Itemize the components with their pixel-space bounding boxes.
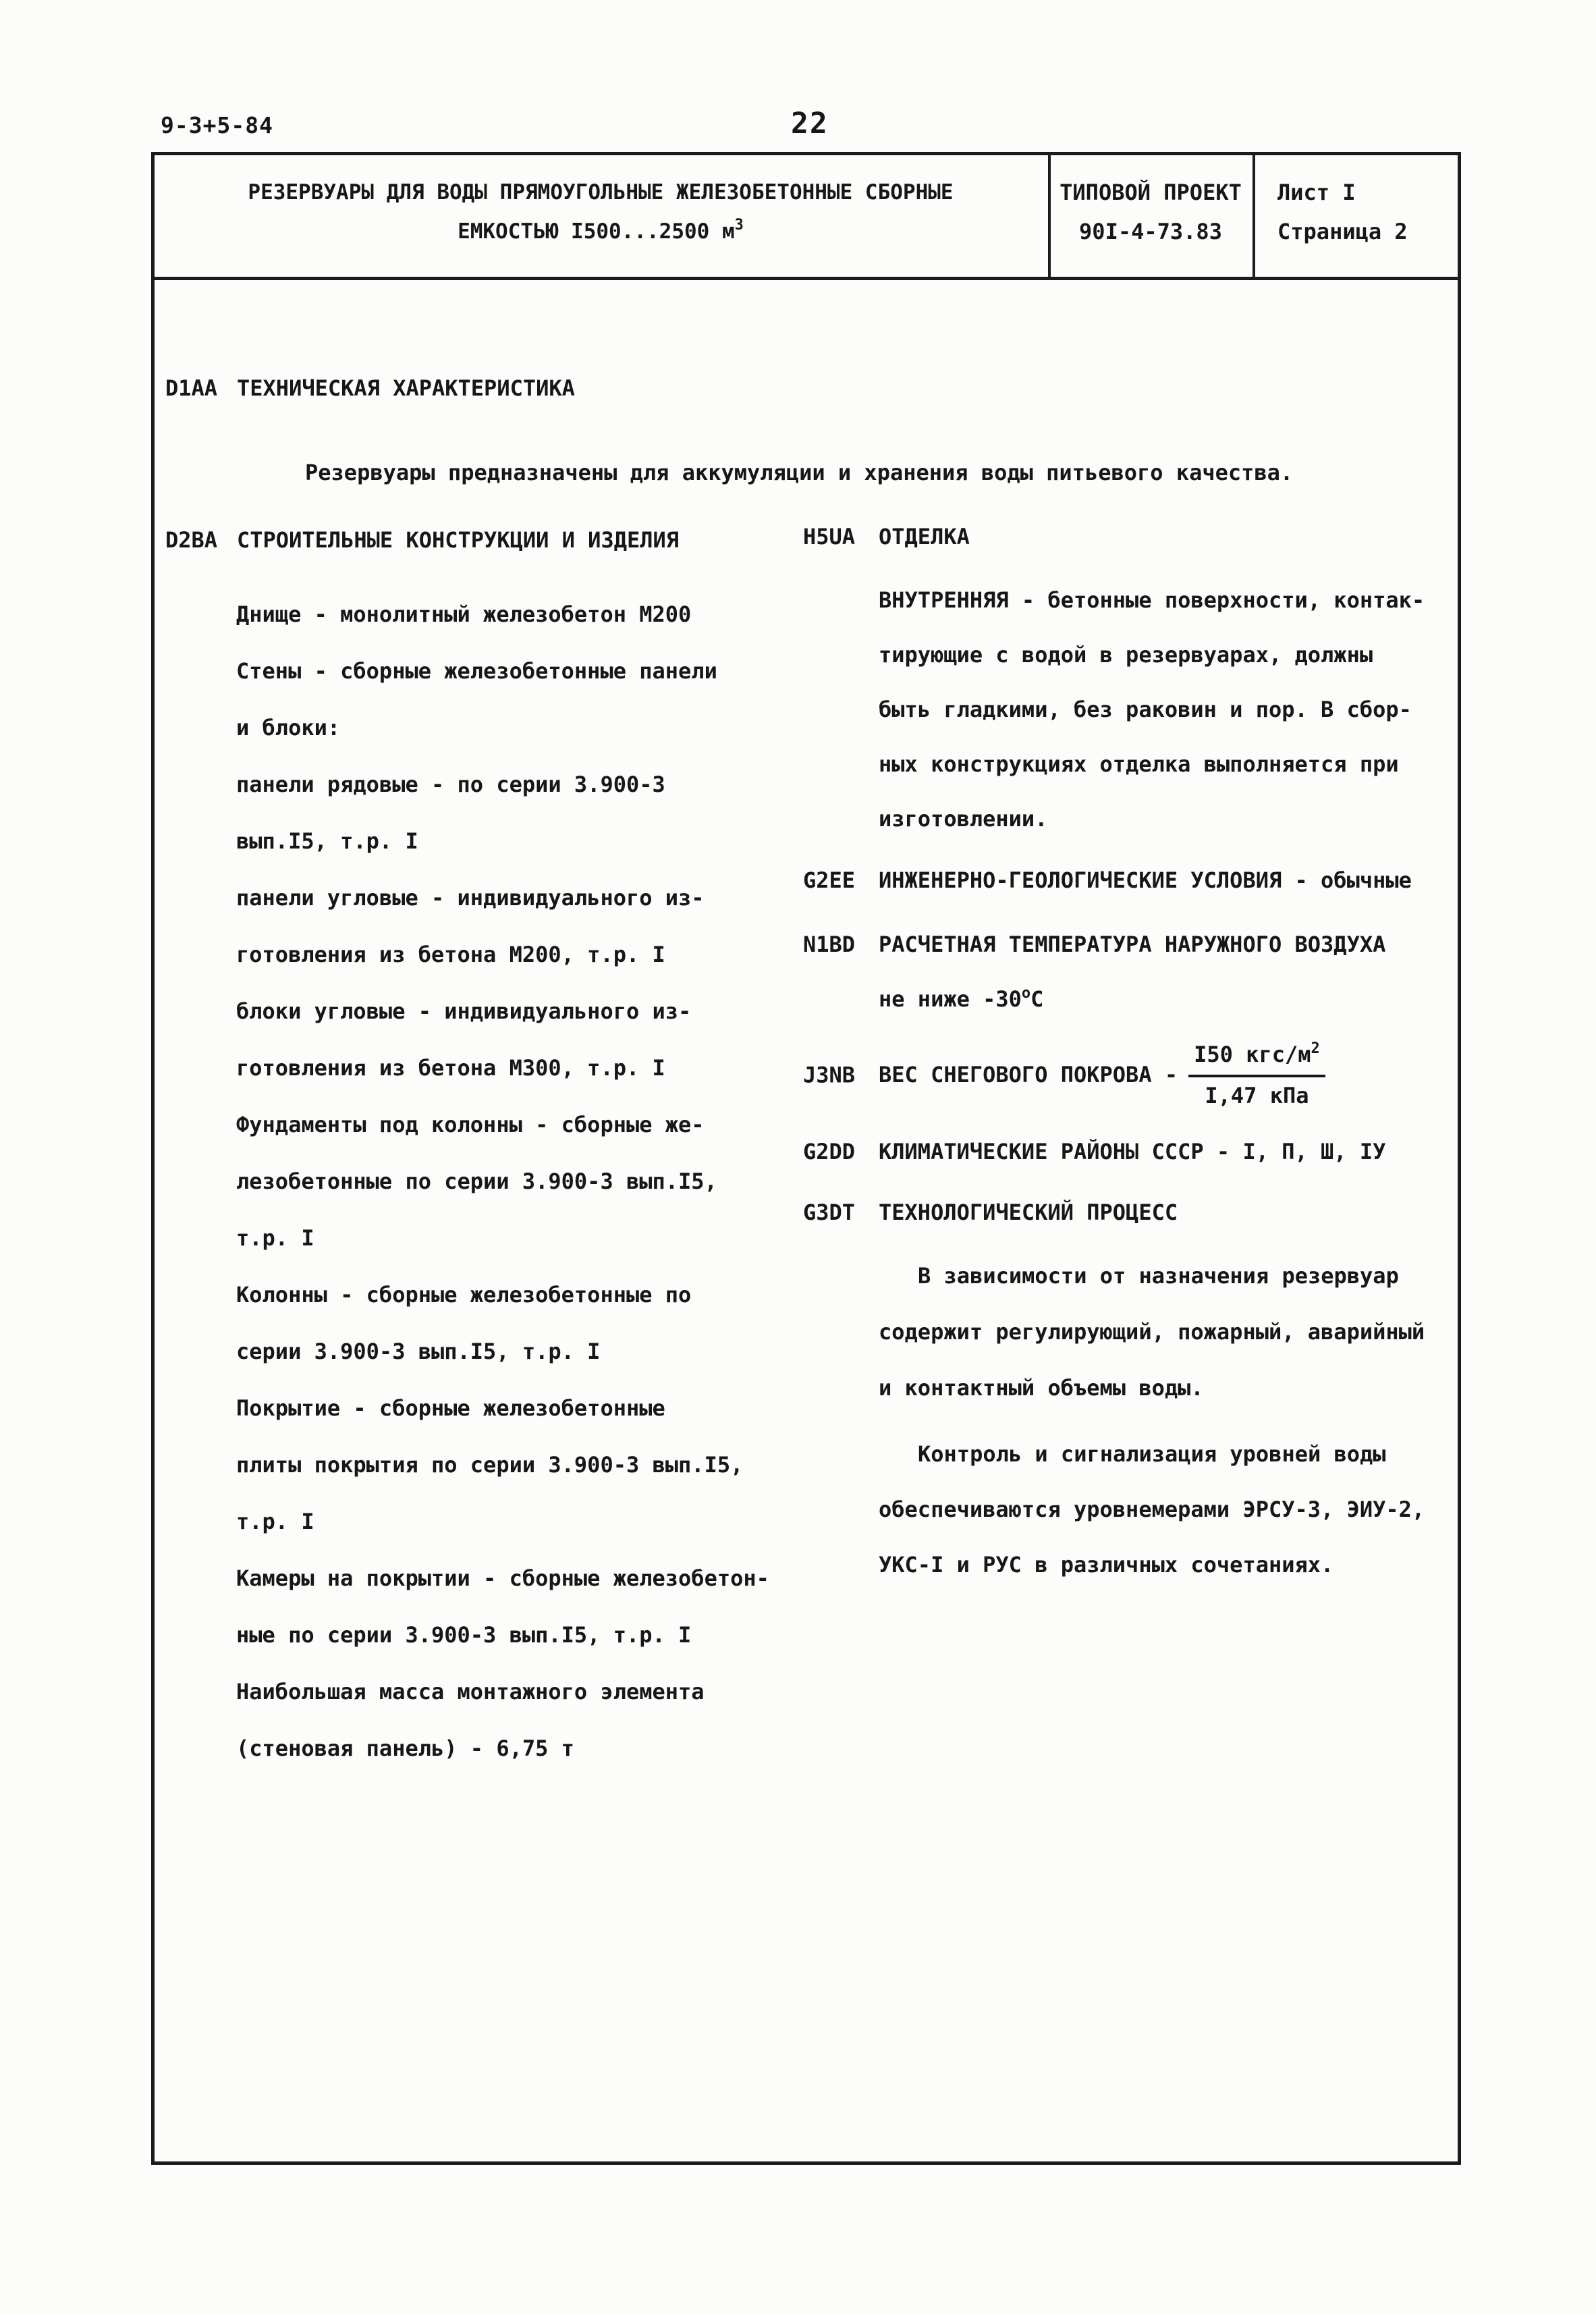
text-line: Колонны - сборные железобетонные по [236, 1266, 769, 1323]
fraction-denominator: I,47 кПа [1188, 1077, 1325, 1112]
text-line: т.р. I [236, 1493, 769, 1550]
paragraph: ВНУТРЕННЯЯ - бетонные поверхности, конта… [879, 573, 1425, 846]
text-line: Покрытие - сборные железобетонные [236, 1380, 769, 1436]
intro-paragraph: Резервуары предназначены для аккумуляции… [305, 455, 1293, 490]
text-line: Наибольшая масса монтажного элемента [236, 1663, 769, 1720]
text-line: панели рядовые - по серии 3.900-3 [236, 756, 769, 813]
section-j3nb: J3NBВЕС СНЕГОВОГО ПОКРОВА -I50 кгс/м2I,4… [879, 1038, 1325, 1112]
text-line: блоки угловые - индивидуального из- [236, 983, 769, 1040]
section-g2dd: G2DDКЛИМАТИЧЕСКИЕ РАЙОНЫ СССР - I, П, Ш,… [879, 1125, 1385, 1179]
fraction-numerator: I50 кгс/м2 [1188, 1038, 1325, 1077]
text-line: быть гладкими, без раковин и пор. В сбор… [879, 682, 1425, 737]
text-line: готовления из бетона М200, т.р. I [236, 926, 769, 983]
text-line: готовления из бетона М300, т.р. I [236, 1040, 769, 1096]
text-line: КЛИМАТИЧЕСКИЕ РАЙОНЫ СССР - I, П, Ш, IУ [879, 1125, 1385, 1179]
project-type-label: ТИПОВОЙ ПРОЕКТ [1051, 173, 1250, 212]
text-line: серии 3.900-3 вып.I5, т.р. I [236, 1323, 769, 1380]
text-line: ВНУТРЕННЯЯ - бетонные поверхности, конта… [879, 573, 1425, 628]
fraction: I50 кгс/м2I,47 кПа [1188, 1038, 1325, 1112]
title-line-1: РЕЗЕРВУАРЫ ДЛЯ ВОДЫ ПРЯМОУГОЛЬНЫЕ ЖЕЛЕЗО… [162, 173, 1039, 212]
text-line: Фундаменты под колонны - сборные же- [236, 1096, 769, 1153]
section-g2ee: G2EEИНЖЕНЕРНО-ГЕОЛОГИЧЕСКИЕ УСЛОВИЯ - об… [879, 853, 1412, 908]
text-line: лезобетонные по серии 3.900-3 вып.I5, [236, 1153, 769, 1210]
superscript: 3 [735, 217, 744, 234]
text-line: т.р. I [236, 1210, 769, 1266]
text-line: плиты покрытия по серии 3.900-3 вып.I5, [236, 1436, 769, 1493]
left-column-lines: Днище - монолитный железобетон М200Стены… [236, 586, 769, 1777]
text-line: УКС-I и РУС в различных сочетаниях. [879, 1537, 1425, 1592]
scanned-document-page: 9-3+5-84 22 РЕЗЕРВУАРЫ ДЛЯ ВОДЫ ПРЯМОУГО… [0, 0, 1596, 2314]
text-line: содержит регулирующий, пожарный, аварийн… [879, 1304, 1425, 1360]
section-g3dt: G3DTТЕХНОЛОГИЧЕСКИЙ ПРОЦЕСС [879, 1185, 1178, 1240]
text-line: не ниже -30оС [879, 972, 1385, 1029]
section-n1bd: N1BDРАСЧЕТНАЯ ТЕМПЕРАТУРА НАРУЖНОГО ВОЗД… [879, 917, 1385, 1029]
text-line: ВЕС СНЕГОВОГО ПОКРОВА - [879, 1048, 1178, 1102]
text-line: Контроль и сигнализация уровней воды [879, 1426, 1425, 1482]
section-code: J3NB [803, 1048, 855, 1102]
document-code: 9-3+5-84 [161, 112, 273, 138]
text-line: (стеновая панель) - 6,75 т [236, 1720, 769, 1777]
text-line: изготовлении. [879, 792, 1425, 846]
text-line: ных конструкциях отделка выполняется при [879, 737, 1425, 792]
section-d2ba: D2BAСТРОИТЕЛЬНЫЕ КОНСТРУКЦИИ И ИЗДЕЛИЯ [165, 522, 679, 558]
section-h5ua: H5UAОТДЕЛКА [879, 513, 970, 560]
text-line: обеспечиваются уровнемерами ЭРСУ-3, ЭИУ-… [879, 1482, 1425, 1537]
text-line: РАСЧЕТНАЯ ТЕМПЕРАТУРА НАРУЖНОГО ВОЗДУХА [879, 917, 1385, 972]
superscript: о [1022, 985, 1030, 1002]
text-line: тирующие с водой в резервуарах, должны [879, 628, 1425, 682]
sheet-stamp: Лист I Страница 2 [1277, 173, 1408, 251]
text-line: вып.I5, т.р. I [236, 813, 769, 869]
superscript: 2 [1311, 1040, 1320, 1057]
text-line: ные по серии 3.900-3 вып.I5, т.р. I [236, 1607, 769, 1663]
paragraph: В зависимости от назначения резервуарсод… [879, 1248, 1425, 1416]
snow-load-line: ВЕС СНЕГОВОГО ПОКРОВА -I50 кгс/м2I,47 кП… [879, 1038, 1325, 1112]
project-number: 90I-4-73.83 [1051, 212, 1250, 251]
text-line: панели угловые - индивидуального из- [236, 869, 769, 926]
text-line: Днище - монолитный железобетон М200 [236, 586, 769, 643]
paragraph: Контроль и сигнализация уровней водыобес… [879, 1426, 1425, 1592]
section-code: N1BD [803, 917, 855, 972]
section-d1aa: D1AAТЕХНИЧЕСКАЯ ХАРАКТЕРИСТИКА [165, 371, 575, 406]
header-bottom-rule [151, 277, 1461, 280]
section-code: D1AA [165, 371, 237, 406]
header-divider-2 [1253, 152, 1255, 280]
page-label: Страница 2 [1277, 212, 1408, 251]
section-code: G2EE [803, 853, 855, 908]
section-code: H5UA [803, 513, 855, 560]
section-heading: ОТДЕЛКА [879, 524, 970, 549]
section-code: G3DT [803, 1185, 855, 1240]
section-code: D2BA [165, 522, 237, 558]
sheet-label: Лист I [1277, 173, 1408, 212]
title-line-2: ЕМКОСТЬЮ I500...2500 м3 [162, 212, 1039, 254]
document-title: РЕЗЕРВУАРЫ ДЛЯ ВОДЫ ПРЯМОУГОЛЬНЫЕ ЖЕЛЕЗО… [162, 173, 1039, 254]
text-line: Стены - сборные железобетонные панели [236, 643, 769, 699]
project-stamp: ТИПОВОЙ ПРОЕКТ 90I-4-73.83 [1051, 173, 1250, 251]
section-heading: СТРОИТЕЛЬНЫЕ КОНСТРУКЦИИ И ИЗДЕЛИЯ [237, 527, 679, 553]
page-number: 22 [791, 107, 829, 140]
title-line-2-text: ЕМКОСТЬЮ I500...2500 м [458, 219, 735, 244]
section-heading: ТЕХНИЧЕСКАЯ ХАРАКТЕРИСТИКА [237, 375, 575, 401]
text-line: Камеры на покрытии - сборные железобетон… [236, 1550, 769, 1607]
text-line: и блоки: [236, 699, 769, 756]
text-line: ИНЖЕНЕРНО-ГЕОЛОГИЧЕСКИЕ УСЛОВИЯ - обычны… [879, 853, 1412, 908]
text-line: ТЕХНОЛОГИЧЕСКИЙ ПРОЦЕСС [879, 1185, 1178, 1240]
text-line: и контактный объемы воды. [879, 1360, 1425, 1416]
section-code: G2DD [803, 1125, 855, 1179]
text-line: В зависимости от назначения резервуар [879, 1248, 1425, 1304]
